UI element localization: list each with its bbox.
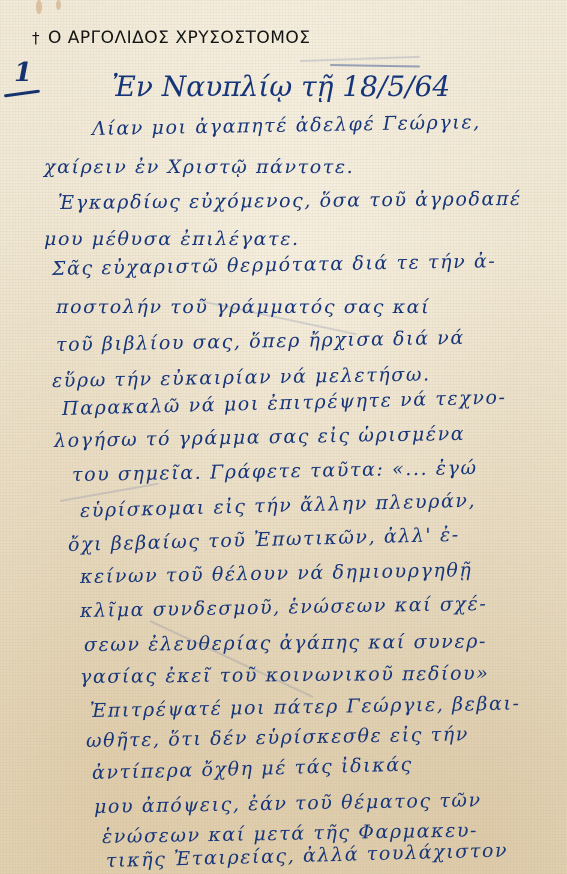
rust-stain (36, 0, 42, 14)
letterhead: †Ο ΑΡΓΟΛΙΔΟΣ ΧΡΥΣΟΣΤΟΜΟΣ (32, 28, 311, 48)
cross-icon: † (32, 29, 40, 47)
letterhead-text: Ο ΑΡΓΟΛΙΔΟΣ ΧΡΥΣΟΣΤΟΜΟΣ (48, 28, 311, 48)
letter-line: γασίας ἐκεῖ τοῦ κοινωνικοῦ πεδίου» (80, 662, 490, 688)
dateline: Ἐν Ναυπλίῳ τῇ 18/5/64 (112, 70, 450, 103)
rust-stain (56, 0, 61, 10)
page-number: 1 (14, 58, 32, 88)
letter-line: Ἐγκαρδίως εὐχόμενος, ὅσα τοῦ ἀγροδαπέ (58, 188, 522, 214)
letter-line: ποστολήν τοῦ γράμματός σας καί (56, 296, 430, 318)
letter-line: χαίρειν ἐν Χριστῷ πάντοτε. (44, 156, 354, 178)
letter-line: μου μέθυσα ἐπιλέγατε. (44, 228, 300, 250)
letter-line: σεων ἐλευθερίας ἀγάπης καί συνερ- (84, 630, 487, 656)
